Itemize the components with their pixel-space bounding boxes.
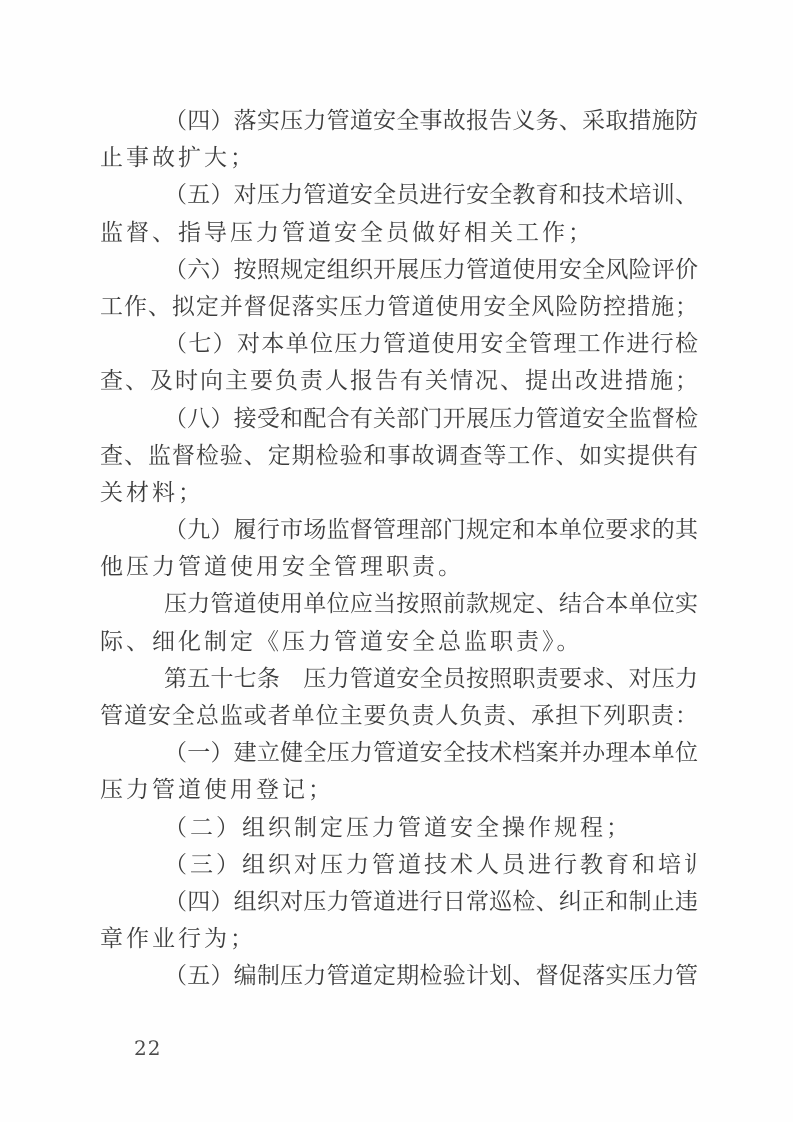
- document-line: 章作业行为；: [100, 921, 698, 958]
- document-line: （四）组织对压力管道进行日常巡检、纠正和制止违: [100, 884, 698, 921]
- document-line: 管道安全总监或者单位主要负责人负责、承担下列职责：: [100, 698, 698, 735]
- document-line: 际、细化制定《压力管道安全总监职责》。: [100, 624, 698, 661]
- document-line: （三）组织对压力管道技术人员进行教育和培训；: [100, 847, 698, 884]
- document-page: （四）落实压力管道安全事故报告义务、采取措施防 止事故扩大； （五）对压力管道安…: [0, 0, 793, 1122]
- document-line: 压力管道使用登记；: [100, 772, 698, 809]
- document-line: 第五十七条 压力管道安全员按照职责要求、对压力: [100, 661, 698, 698]
- document-line: （九）履行市场监督管理部门规定和本单位要求的其: [100, 512, 698, 549]
- document-line: 止事故扩大；: [100, 140, 698, 177]
- document-line: 他压力管道使用安全管理职责。: [100, 549, 698, 586]
- document-line: 查、及时向主要负责人报告有关情况、提出改进措施；: [100, 363, 698, 400]
- document-line: 压力管道使用单位应当按照前款规定、结合本单位实: [100, 586, 698, 623]
- document-line: （二）组织制定压力管道安全操作规程；: [100, 810, 698, 847]
- document-line: （八）接受和配合有关部门开展压力管道安全监督检: [100, 401, 698, 438]
- document-line: （五）编制压力管道定期检验计划、督促落实压力管: [100, 958, 698, 995]
- document-line: （六）按照规定组织开展压力管道使用安全风险评价: [100, 252, 698, 289]
- document-line: 查、监督检验、定期检验和事故调查等工作、如实提供有: [100, 438, 698, 475]
- document-line: （一）建立健全压力管道安全技术档案并办理本单位: [100, 735, 698, 772]
- document-line: （七）对本单位压力管道使用安全管理工作进行检: [100, 326, 698, 363]
- document-line: 关材料；: [100, 475, 698, 512]
- document-line: （五）对压力管道安全员进行安全教育和技术培训、: [100, 177, 698, 214]
- document-body: （四）落实压力管道安全事故报告义务、采取措施防 止事故扩大； （五）对压力管道安…: [100, 103, 698, 996]
- page-number: 22: [134, 1036, 161, 1060]
- document-line: 监督、指导压力管道安全员做好相关工作；: [100, 215, 698, 252]
- document-line: 工作、拟定并督促落实压力管道使用安全风险防控措施；: [100, 289, 698, 326]
- document-line: （四）落实压力管道安全事故报告义务、采取措施防: [100, 103, 698, 140]
